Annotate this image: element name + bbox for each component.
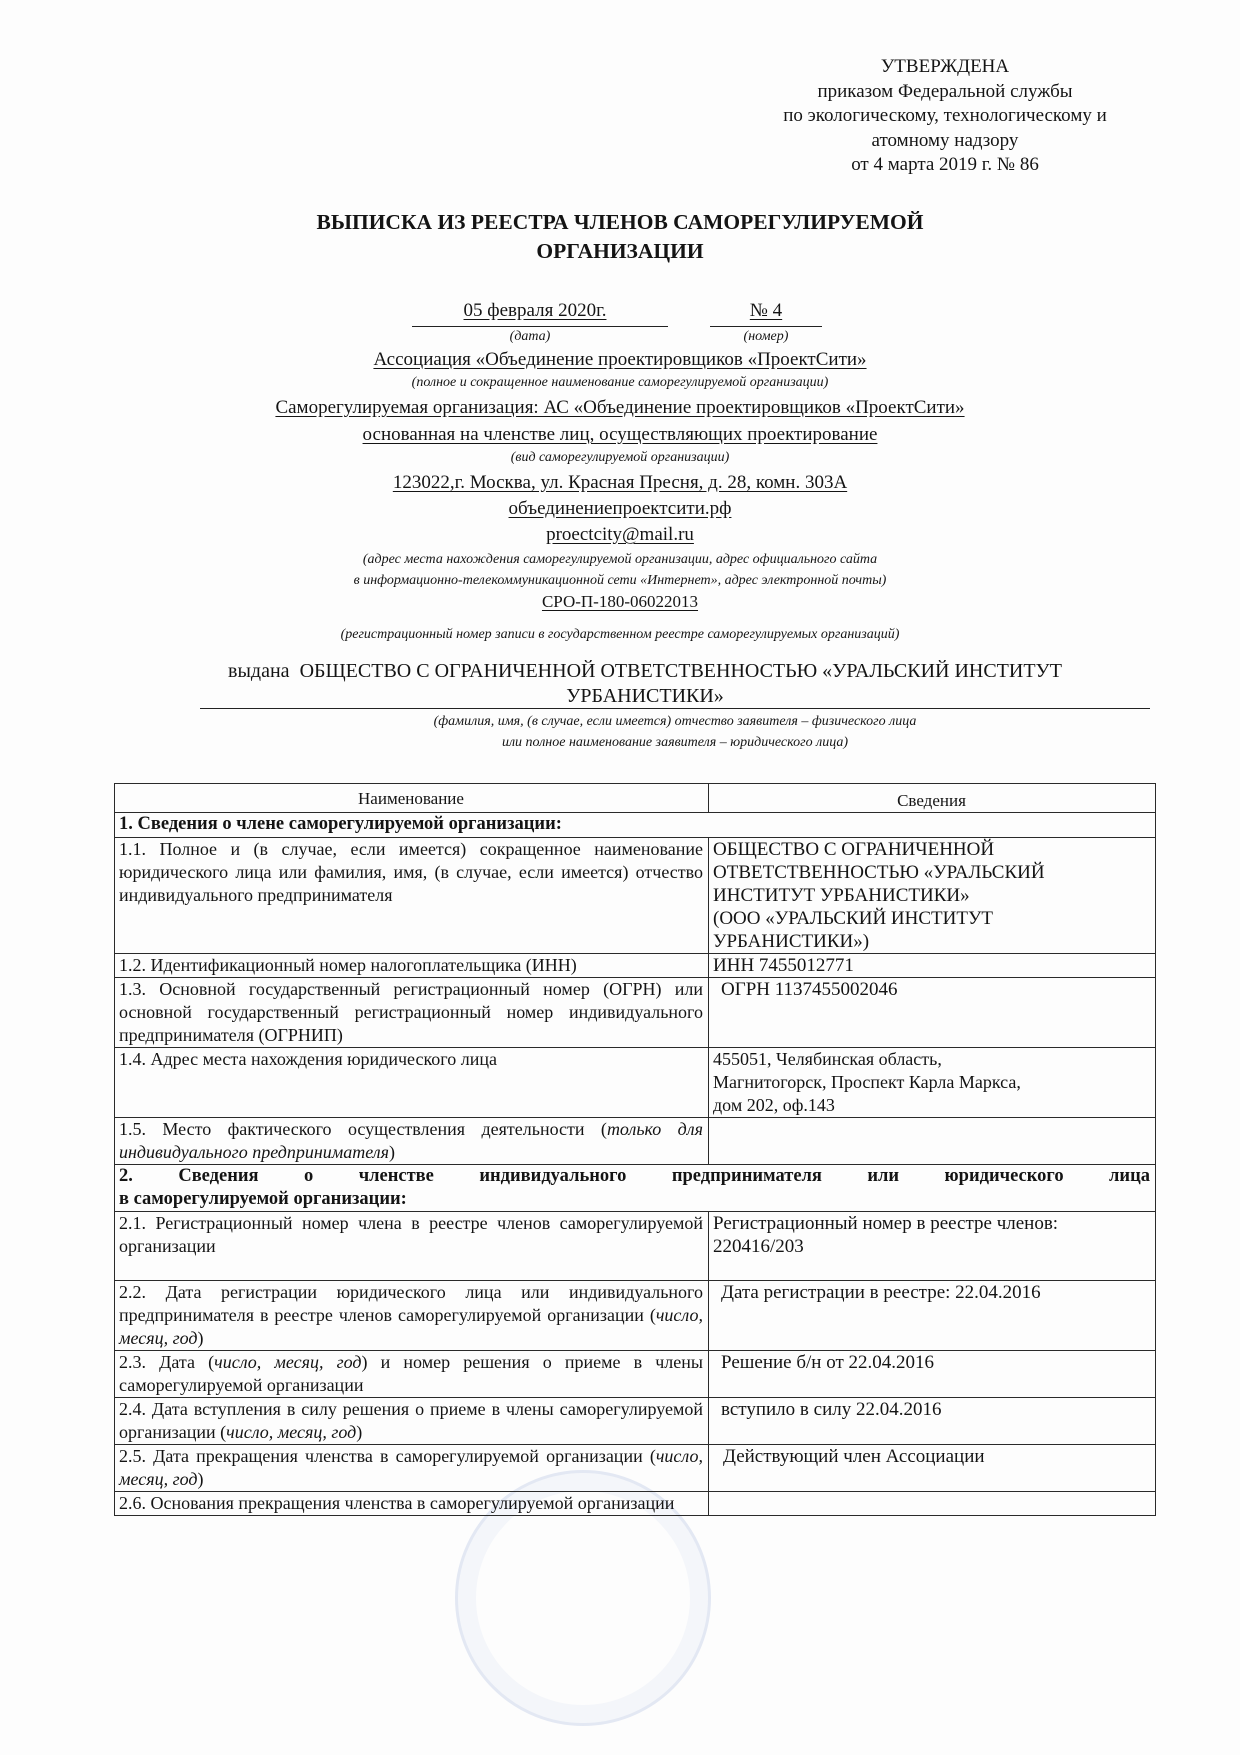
info-line: 220416/203 [713, 1235, 1150, 1258]
info-line: ИНСТИТУТ УРБАНИСТИКИ» [713, 884, 1150, 907]
row-2-6-info [709, 1492, 1156, 1516]
row-2-3-info: Решение б/н от 22.04.2016 [709, 1351, 1156, 1398]
date-number-line: 05 февраля 2020г. № 4 (дата) (номер) [0, 300, 1240, 326]
section-2-title: 2. Сведения о членстве индивидуального п… [115, 1165, 1156, 1212]
row-2-5-info: Действующий член Ассоциации [709, 1445, 1156, 1492]
table-row: 1.1. Полное и (в случае, если имеется) с… [115, 838, 1156, 954]
table-row: 1.5. Место фактического осуществления де… [115, 1118, 1156, 1165]
table-row: 1.4. Адрес места нахождения юридического… [115, 1048, 1156, 1118]
row-1-4-info: 455051, Челябинская область, Магнитогорс… [709, 1048, 1156, 1118]
name-text: 2.4. Дата вступления в силу решения о пр… [119, 1399, 703, 1442]
info-line: дом 202, оф.143 [713, 1094, 1150, 1117]
sro-email-link[interactable]: proectcity@mail.ru [120, 524, 1120, 546]
number-underline [710, 326, 822, 327]
issued-name-line2: УРБАНИСТИКИ» [140, 684, 1150, 709]
row-1-5-info [709, 1118, 1156, 1165]
issued-underline [200, 708, 1150, 709]
table-row: 2.4. Дата вступления в силу решения о пр… [115, 1398, 1156, 1445]
header-info: Сведения [709, 784, 1156, 813]
table-row: 2.1. Регистрационный номер члена в реест… [115, 1212, 1156, 1281]
row-1-3-name: 1.3. Основной государственный регистраци… [115, 978, 709, 1048]
issued-hint-2: или полное наименование заявителя – юрид… [200, 735, 1150, 751]
row-1-5-name: 1.5. Место фактического осуществления де… [115, 1118, 709, 1165]
info-line: Магнитогорск, Проспект Карла Маркса, [713, 1071, 1150, 1094]
row-2-4-info: вступило в силу 22.04.2016 [709, 1398, 1156, 1445]
row-1-1-name: 1.1. Полное и (в случае, если имеется) с… [115, 838, 709, 954]
issued-to: выдана ОБЩЕСТВО С ОГРАНИЧЕННОЙ ОТВЕТСТВЕ… [140, 659, 1150, 709]
extract-number: № 4 [726, 300, 806, 322]
sro-type-line2: основанная на членстве лиц, осуществляющ… [120, 424, 1120, 446]
name-text: ) [198, 1328, 204, 1348]
extract-date: 05 февраля 2020г. [430, 300, 640, 322]
name-text: ) [356, 1422, 362, 1442]
header-name: Наименование [115, 784, 709, 813]
row-2-1-name: 2.1. Регистрационный номер члена в реест… [115, 1212, 709, 1281]
row-2-2-name: 2.2. Дата регистрации юридического лица … [115, 1281, 709, 1351]
info-line: УРБАНИСТИКИ») [713, 930, 1150, 953]
approval-line: от 4 марта 2019 г. № 86 [740, 153, 1150, 178]
approval-line: УТВЕРЖДЕНА [740, 55, 1150, 80]
approval-block: УТВЕРЖДЕНА приказом Федеральной службы п… [740, 55, 1150, 178]
approval-line: по экологическому, технологическому и [740, 104, 1150, 129]
name-text: 2.2. Дата регистрации юридического лица … [119, 1282, 703, 1325]
sro-contacts-hint-2: в информационно-телекоммуникационной сет… [120, 573, 1120, 589]
sro-address: 123022,г. Москва, ул. Красная Пресня, д.… [120, 472, 1120, 494]
name-italic: число, месяц, год [226, 1422, 356, 1442]
section-2-line: в саморегулируемой организации: [119, 1188, 1150, 1211]
document-title: ВЫПИСКА ИЗ РЕЕСТРА ЧЛЕНОВ САМОРЕГУЛИРУЕМ… [180, 208, 1060, 266]
table-row: 2.6. Основания прекращения членства в са… [115, 1492, 1156, 1516]
section-2-line: 2. Сведения о членстве индивидуального п… [119, 1165, 1150, 1188]
row-2-2-info: Дата регистрации в реестре: 22.04.2016 [709, 1281, 1156, 1351]
table-row: 2.3. Дата (число, месяц, год) и номер ре… [115, 1351, 1156, 1398]
sro-reg-number: СРО-П-180-06022013 [120, 592, 1120, 612]
sro-full-name-hint: (полное и сокращенное наименование самор… [120, 375, 1120, 391]
name-italic: число, месяц, год [214, 1352, 361, 1372]
row-1-2-name: 1.2. Идентификационный номер налогоплате… [115, 954, 709, 978]
section-row: 2. Сведения о членстве индивидуального п… [115, 1165, 1156, 1212]
issued-name-line1: ОБЩЕСТВО С ОГРАНИЧЕННОЙ ОТВЕТСТВЕННОСТЬЮ… [300, 660, 1062, 682]
row-2-1-info: Регистрационный номер в реестре членов: … [709, 1212, 1156, 1281]
row-2-3-name: 2.3. Дата (число, месяц, год) и номер ре… [115, 1351, 709, 1398]
sro-website-link[interactable]: объединениепроектсити.рф [120, 498, 1120, 520]
number-hint: (номер) [716, 329, 816, 345]
table-row: 2.2. Дата регистрации юридического лица … [115, 1281, 1156, 1351]
table-row: 1.3. Основной государственный регистраци… [115, 978, 1156, 1048]
table-header-row: Наименование Сведения [115, 784, 1156, 813]
table-row: 2.5. Дата прекращения членства в саморег… [115, 1445, 1156, 1492]
sro-reg-number-hint: (регистрационный номер записи в государс… [120, 627, 1120, 643]
date-hint: (дата) [430, 329, 630, 345]
info-line: Регистрационный номер в реестре членов: [713, 1212, 1150, 1235]
row-1-3-info: ОГРН 1137455002046 [709, 978, 1156, 1048]
row-1-2-info: ИНН 7455012771 [709, 954, 1156, 978]
table-row: 1.2. Идентификационный номер налогоплате… [115, 954, 1156, 978]
issued-prefix: выдана [228, 660, 290, 682]
name-text: 2.3. Дата ( [119, 1352, 214, 1372]
register-table: Наименование Сведения 1. Сведения о член… [114, 783, 1156, 1516]
sro-full-name: Ассоциация «Объединение проектировщиков … [120, 349, 1120, 371]
approval-line: атомному надзору [740, 129, 1150, 154]
approval-line: приказом Федеральной службы [740, 80, 1150, 105]
row-2-5-name: 2.5. Дата прекращения членства в саморег… [115, 1445, 709, 1492]
sro-type-hint: (вид саморегулируемой организации) [120, 450, 1120, 466]
name-text: 2.5. Дата прекращения членства в саморег… [119, 1446, 656, 1466]
row-1-1-info: ОБЩЕСТВО С ОГРАНИЧЕННОЙ ОТВЕТСТВЕННОСТЬЮ… [709, 838, 1156, 954]
row-2-4-name: 2.4. Дата вступления в силу решения о пр… [115, 1398, 709, 1445]
date-underline [412, 326, 668, 327]
info-line: 455051, Челябинская область, [713, 1048, 1150, 1071]
name-text: ) [198, 1469, 204, 1489]
section-row: 1. Сведения о члене саморегулируемой орг… [115, 813, 1156, 838]
info-line: ОТВЕТСТВЕННОСТЬЮ «УРАЛЬСКИЙ [713, 861, 1150, 884]
title-line: ВЫПИСКА ИЗ РЕЕСТРА ЧЛЕНОВ САМОРЕГУЛИРУЕМ… [180, 208, 1060, 237]
row-2-6-name: 2.6. Основания прекращения членства в са… [115, 1492, 709, 1516]
sro-contacts-hint-1: (адрес места нахождения саморегулируемой… [120, 552, 1120, 568]
row-1-4-name: 1.4. Адрес места нахождения юридического… [115, 1048, 709, 1118]
sro-type-line1: Саморегулируемая организация: АС «Объеди… [120, 397, 1120, 419]
info-line: ОБЩЕСТВО С ОГРАНИЧЕННОЙ [713, 838, 1150, 861]
title-line: ОРГАНИЗАЦИИ [180, 237, 1060, 266]
info-line: (ООО «УРАЛЬСКИЙ ИНСТИТУТ [713, 907, 1150, 930]
issued-hint-1: (фамилия, имя, (в случае, если имеется) … [200, 714, 1150, 730]
section-1-title: 1. Сведения о члене саморегулируемой орг… [115, 813, 1156, 838]
name-text: ) [389, 1142, 395, 1162]
name-text: 1.5. Место фактического осуществления де… [119, 1119, 607, 1139]
